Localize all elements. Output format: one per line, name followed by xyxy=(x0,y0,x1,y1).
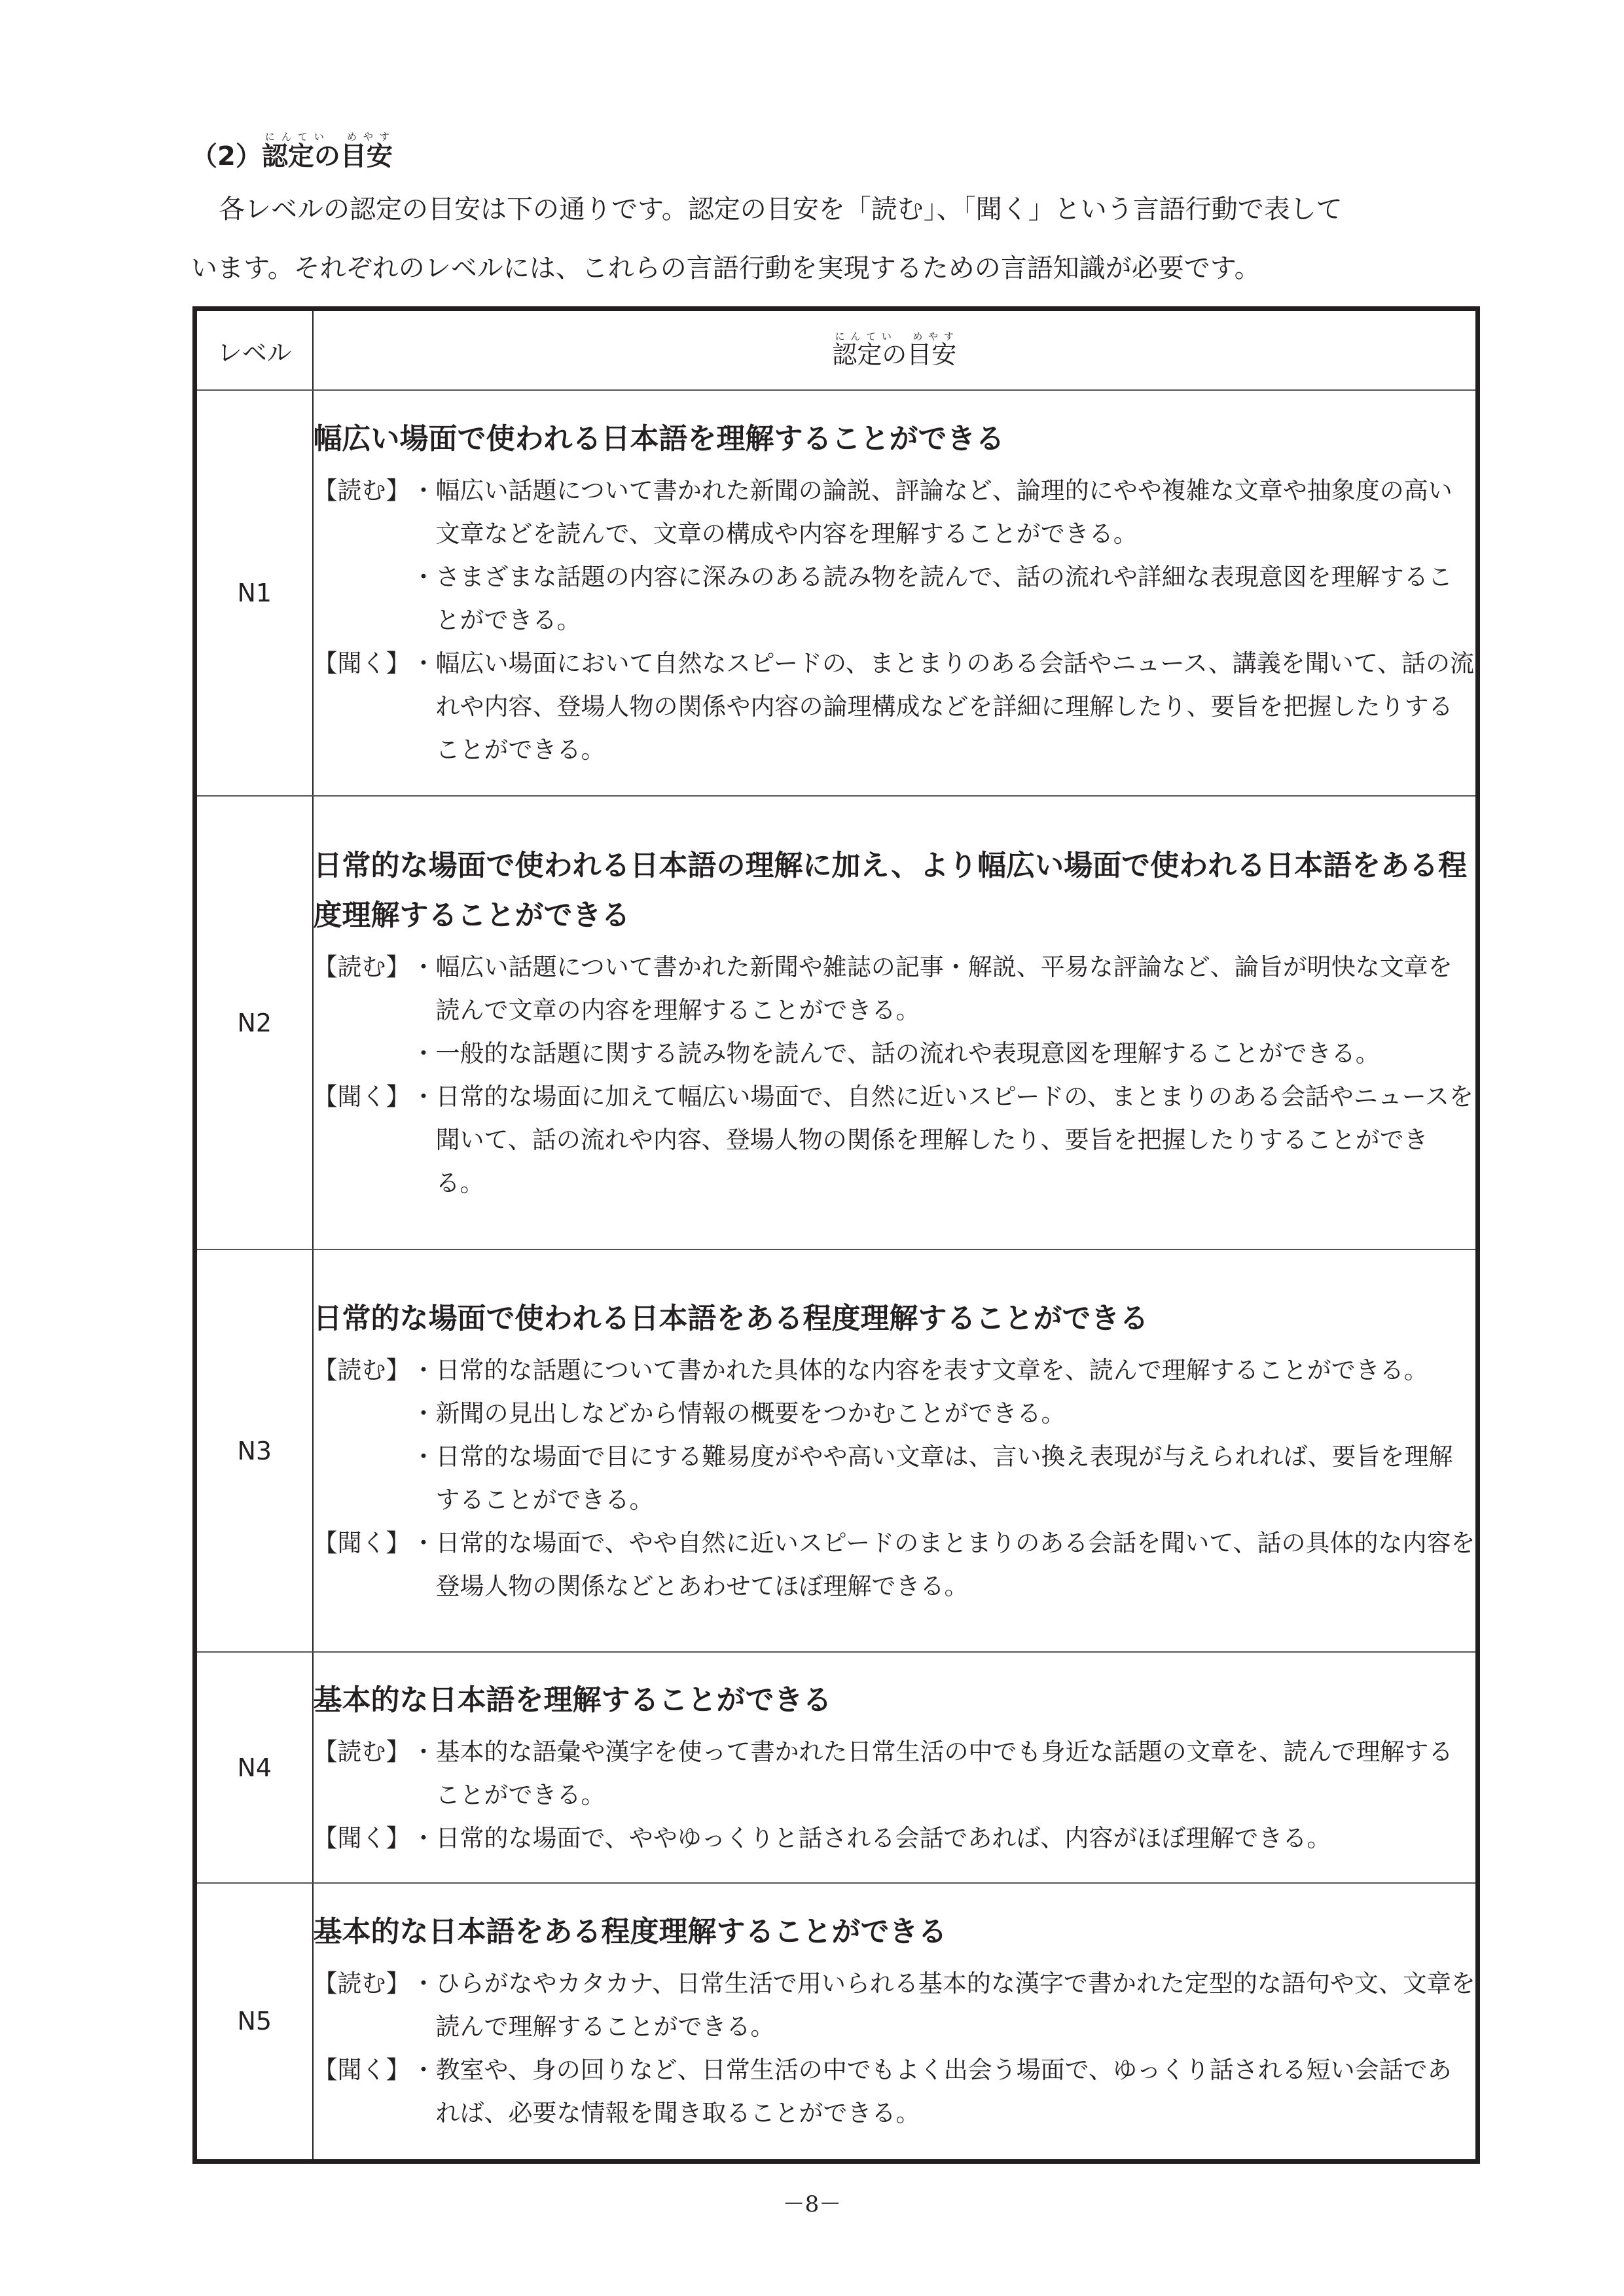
criteria-cell: 日常的な場面で使われる日本語の理解に加え、より幅広い場面で使われる日本語をある程… xyxy=(313,796,1478,1249)
level-goal: 幅広い場面で使われる日本語を理解することができる xyxy=(314,414,1476,464)
listening-item: ・日常的な場面で、やや自然に近いスピードのまとまりのある会話を聞いて、話の具体的… xyxy=(412,1522,1476,1608)
reading-item: ・一般的な話題に関する読み物を読んで、話の流れや表現意図を理解することができる。 xyxy=(412,1032,1476,1075)
reading-item: ・さまざまな話題の内容に深みのある読み物を読んで、話の流れや詳細な表現意図を理解… xyxy=(412,556,1476,642)
level-goal: 日常的な場面で使われる日本語の理解に加え、より幅広い場面で使われる日本語をある程… xyxy=(314,841,1476,941)
page-number: －8－ xyxy=(0,2186,1624,2218)
bullet-icon: ・ xyxy=(412,469,436,556)
reading-section: 【読む】 ・幅広い話題について書かれた新聞や雑誌の記事・解説、平易な評論など、論… xyxy=(314,946,1476,1075)
listening-item-text: 幅広い場面において自然なスピードの、まとまりのある会話やニュース、講義を聞いて、… xyxy=(436,642,1476,772)
level-goal: 基本的な日本語をある程度理解することができる xyxy=(314,1907,1476,1957)
listening-items: ・幅広い場面において自然なスピードの、まとまりのある会話やニュース、講義を聞いて… xyxy=(412,642,1476,772)
reading-items: ・幅広い話題について書かれた新聞の論説、評論など、論理的にやや複雑な文章や抽象度… xyxy=(412,469,1476,642)
reading-label: 【読む】 xyxy=(314,1349,412,1522)
listening-item-text: 日常的な場面で、ややゆっくりと話される会話であれば、内容がほぼ理解できる。 xyxy=(436,1817,1476,1860)
reading-label: 【読む】 xyxy=(314,946,412,1075)
listening-label: 【聞く】 xyxy=(314,1075,412,1205)
reading-items: ・ひらがなやカタカナ、日常生活で用いられる基本的な漢字で書かれた定型的な語句や文… xyxy=(412,1962,1476,2049)
reading-item: ・日常的な話題について書かれた具体的な内容を表す文章を、読んで理解することができ… xyxy=(412,1349,1476,1392)
bullet-icon: ・ xyxy=(412,556,436,642)
listening-label: 【聞く】 xyxy=(314,1817,412,1860)
table-row-n5: N5 基本的な日本語をある程度理解することができる 【読む】 ・ひらがなやカタカ… xyxy=(195,1883,1478,2161)
reading-item: ・ひらがなやカタカナ、日常生活で用いられる基本的な漢字で書かれた定型的な語句や文… xyxy=(412,1962,1476,2049)
bullet-icon: ・ xyxy=(412,1962,436,2049)
table-row-n2: N2 日常的な場面で使われる日本語の理解に加え、より幅広い場面で使われる日本語を… xyxy=(195,796,1478,1249)
reading-section: 【読む】 ・基本的な語彙や漢字を使って書かれた日常生活の中でも身近な話題の文章を… xyxy=(314,1731,1476,1817)
table-header-row: レベル 認定の目安にんてい めやす xyxy=(195,309,1478,391)
listening-item: ・教室や、身の回りなど、日常生活の中でもよく出会う場面で、ゆっくり話される短い会… xyxy=(412,2049,1476,2135)
listening-section: 【聞く】 ・日常的な場面で、ややゆっくりと話される会話であれば、内容がほぼ理解で… xyxy=(314,1817,1476,1860)
bullet-icon: ・ xyxy=(412,1817,436,1860)
criteria-cell: 基本的な日本語を理解することができる 【読む】 ・基本的な語彙や漢字を使って書か… xyxy=(313,1652,1478,1883)
listening-label: 【聞く】 xyxy=(314,1522,412,1608)
listening-item-text: 日常的な場面で、やや自然に近いスピードのまとまりのある会話を聞いて、話の具体的な… xyxy=(436,1522,1476,1608)
listening-item: ・幅広い場面において自然なスピードの、まとまりのある会話やニュース、講義を聞いて… xyxy=(412,642,1476,772)
reading-item: ・新聞の見出しなどから情報の概要をつかむことができる。 xyxy=(412,1392,1476,1435)
listening-section: 【聞く】 ・教室や、身の回りなど、日常生活の中でもよく出会う場面で、ゆっくり話さ… xyxy=(314,2049,1476,2135)
listening-section: 【聞く】 ・日常的な場面で、やや自然に近いスピードのまとまりのある会話を聞いて、… xyxy=(314,1522,1476,1608)
reading-label: 【読む】 xyxy=(314,1962,412,2049)
reading-item-text: 日常的な場面で目にする難易度がやや高い文章は、言い換え表現が与えられれば、要旨を… xyxy=(436,1435,1476,1522)
table-row-n1: N1 幅広い場面で使われる日本語を理解することができる 【読む】 ・幅広い話題に… xyxy=(195,390,1478,796)
section-number: （2） xyxy=(191,141,262,171)
listening-items: ・日常的な場面に加えて幅広い場面で、自然に近いスピードの、まとまりのある会話やニ… xyxy=(412,1075,1476,1205)
level-criteria-table: レベル 認定の目安にんてい めやす N1 幅広い場面で使われる日本語を理解するこ… xyxy=(192,306,1480,2164)
level-cell: N3 xyxy=(195,1249,313,1652)
bullet-icon: ・ xyxy=(412,2049,436,2135)
reading-items: ・日常的な話題について書かれた具体的な内容を表す文章を、読んで理解することができ… xyxy=(412,1349,1476,1522)
reading-section: 【読む】 ・ひらがなやカタカナ、日常生活で用いられる基本的な漢字で書かれた定型的… xyxy=(314,1962,1476,2049)
level-goal: 基本的な日本語を理解することができる xyxy=(314,1676,1476,1725)
level-cell: N5 xyxy=(195,1883,313,2161)
bullet-icon: ・ xyxy=(412,946,436,1032)
listening-item: ・日常的な場面で、ややゆっくりと話される会話であれば、内容がほぼ理解できる。 xyxy=(412,1817,1476,1860)
reading-item: ・日常的な場面で目にする難易度がやや高い文章は、言い換え表現が与えられれば、要旨… xyxy=(412,1435,1476,1522)
bullet-icon: ・ xyxy=(412,642,436,772)
listening-items: ・日常的な場面で、やや自然に近いスピードのまとまりのある会話を聞いて、話の具体的… xyxy=(412,1522,1476,1608)
bullet-icon: ・ xyxy=(412,1731,436,1817)
reading-label: 【読む】 xyxy=(314,469,412,642)
criteria-cell: 基本的な日本語をある程度理解することができる 【読む】 ・ひらがなやカタカナ、日… xyxy=(313,1883,1478,2161)
listening-items: ・教室や、身の回りなど、日常生活の中でもよく出会う場面で、ゆっくり話される短い会… xyxy=(412,2049,1476,2135)
reading-item-text: 幅広い話題について書かれた新聞の論説、評論など、論理的にやや複雑な文章や抽象度の… xyxy=(436,469,1476,556)
reading-item-text: 幅広い話題について書かれた新聞や雑誌の記事・解説、平易な評論など、論旨が明快な文… xyxy=(436,946,1476,1032)
bullet-icon: ・ xyxy=(412,1075,436,1205)
reading-item: ・幅広い話題について書かれた新聞の論説、評論など、論理的にやや複雑な文章や抽象度… xyxy=(412,469,1476,556)
bullet-icon: ・ xyxy=(412,1522,436,1608)
reading-item: ・基本的な語彙や漢字を使って書かれた日常生活の中でも身近な話題の文章を、読んで理… xyxy=(412,1731,1476,1817)
reading-items: ・基本的な語彙や漢字を使って書かれた日常生活の中でも身近な話題の文章を、読んで理… xyxy=(412,1731,1476,1817)
reading-item-text: ひらがなやカタカナ、日常生活で用いられる基本的な漢字で書かれた定型的な語句や文、… xyxy=(436,1962,1476,2049)
listening-item-text: 日常的な場面に加えて幅広い場面で、自然に近いスピードの、まとまりのある会話やニュ… xyxy=(436,1075,1476,1205)
bullet-icon: ・ xyxy=(412,1032,436,1075)
level-cell: N4 xyxy=(195,1652,313,1883)
table-row-n4: N4 基本的な日本語を理解することができる 【読む】 ・基本的な語彙や漢字を使っ… xyxy=(195,1652,1478,1883)
section-title: 認定の目安にんてい めやす xyxy=(262,141,393,171)
listening-section: 【聞く】 ・幅広い場面において自然なスピードの、まとまりのある会話やニュース、講… xyxy=(314,642,1476,772)
intro-line-1: 各レベルの認定の目安は下の通りです。認定の目安を「読む」、「聞く」という言語行動… xyxy=(191,180,1494,239)
table-row-n3: N3 日常的な場面で使われる日本語をある程度理解することができる 【読む】 ・日… xyxy=(195,1249,1478,1652)
listening-label: 【聞く】 xyxy=(314,2049,412,2135)
listening-item-text: 教室や、身の回りなど、日常生活の中でもよく出会う場面で、ゆっくり話される短い会話… xyxy=(436,2049,1476,2135)
bullet-icon: ・ xyxy=(412,1435,436,1522)
header-level: レベル xyxy=(195,309,313,391)
reading-section: 【読む】 ・幅広い話題について書かれた新聞の論説、評論など、論理的にやや複雑な文… xyxy=(314,469,1476,642)
intro-line-2: います。それぞれのレベルには、これらの言語行動を実現するための言語知識が必要です… xyxy=(191,239,1494,298)
reading-item-text: 一般的な話題に関する読み物を読んで、話の流れや表現意図を理解することができる。 xyxy=(436,1032,1476,1075)
listening-label: 【聞く】 xyxy=(314,642,412,772)
reading-item-text: さまざまな話題の内容に深みのある読み物を読んで、話の流れや詳細な表現意図を理解す… xyxy=(436,556,1476,642)
section-heading: （2）認定の目安にんてい めやす xyxy=(191,131,393,179)
criteria-cell: 幅広い場面で使われる日本語を理解することができる 【読む】 ・幅広い話題について… xyxy=(313,390,1478,796)
level-cell: N2 xyxy=(195,796,313,1249)
listening-item: ・日常的な場面に加えて幅広い場面で、自然に近いスピードの、まとまりのある会話やニ… xyxy=(412,1075,1476,1205)
bullet-icon: ・ xyxy=(412,1349,436,1392)
level-goal: 日常的な場面で使われる日本語をある程度理解することができる xyxy=(314,1294,1476,1344)
listening-items: ・日常的な場面で、ややゆっくりと話される会話であれば、内容がほぼ理解できる。 xyxy=(412,1817,1476,1860)
reading-item-text: 日常的な話題について書かれた具体的な内容を表す文章を、読んで理解することができる… xyxy=(436,1349,1476,1392)
reading-item-text: 新聞の見出しなどから情報の概要をつかむことができる。 xyxy=(436,1392,1476,1435)
reading-section: 【読む】 ・日常的な話題について書かれた具体的な内容を表す文章を、読んで理解する… xyxy=(314,1349,1476,1522)
criteria-cell: 日常的な場面で使われる日本語をある程度理解することができる 【読む】 ・日常的な… xyxy=(313,1249,1478,1652)
bullet-icon: ・ xyxy=(412,1392,436,1435)
reading-label: 【読む】 xyxy=(314,1731,412,1817)
intro-paragraph: 各レベルの認定の目安は下の通りです。認定の目安を「読む」、「聞く」という言語行動… xyxy=(191,180,1494,298)
header-criteria: 認定の目安にんてい めやす xyxy=(313,309,1478,391)
level-cell: N1 xyxy=(195,390,313,796)
reading-item: ・幅広い話題について書かれた新聞や雑誌の記事・解説、平易な評論など、論旨が明快な… xyxy=(412,946,1476,1032)
reading-items: ・幅広い話題について書かれた新聞や雑誌の記事・解説、平易な評論など、論旨が明快な… xyxy=(412,946,1476,1075)
listening-section: 【聞く】 ・日常的な場面に加えて幅広い場面で、自然に近いスピードの、まとまりのあ… xyxy=(314,1075,1476,1205)
reading-item-text: 基本的な語彙や漢字を使って書かれた日常生活の中でも身近な話題の文章を、読んで理解… xyxy=(436,1731,1476,1817)
